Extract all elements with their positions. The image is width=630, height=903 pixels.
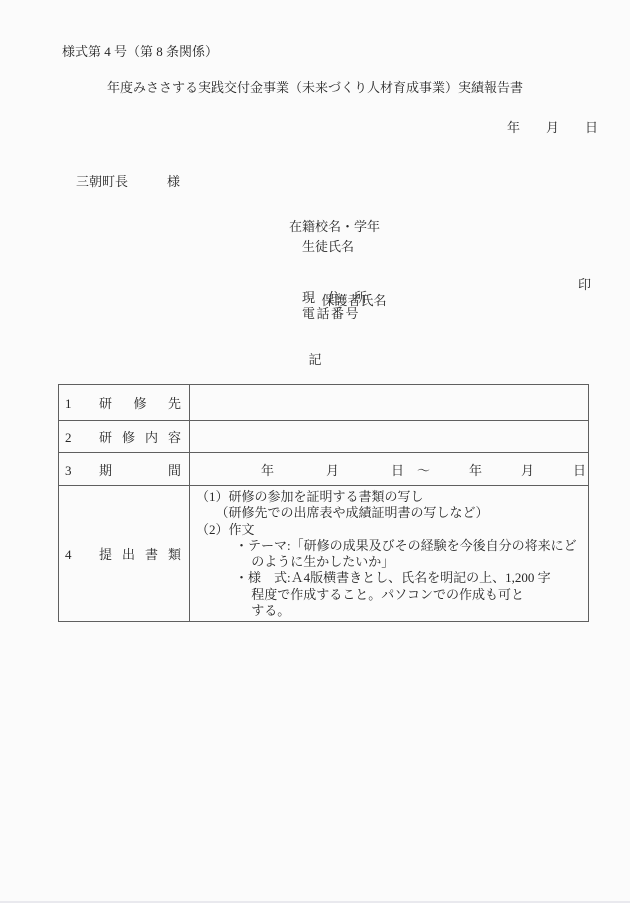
training-content-label-cell: 2研 修 内 容 bbox=[59, 421, 190, 453]
training-content-label: 研 修 内 容 bbox=[99, 427, 181, 446]
period-label-cell: 3期 間 bbox=[59, 453, 190, 486]
report-form-page: 様式第 4 号（第 8 条関係） 年度みささする実践交付金事業（未来づくり人材育… bbox=[0, 0, 630, 903]
training-content-value-cell bbox=[190, 421, 589, 453]
row-period: 3期 間 年 月 日 ～ 年 月 日 bbox=[59, 453, 589, 486]
documents-value-cell: （1）研修の参加を証明する書類の写し （研修先での出席表や成績証明書の写しなど）… bbox=[190, 486, 589, 622]
form-number: 様式第 4 号（第 8 条関係） bbox=[62, 44, 218, 60]
address-label: 現 住 所 bbox=[302, 290, 367, 306]
period-label: 期 間 bbox=[99, 460, 181, 479]
student-name-label: 生徒氏名 bbox=[302, 239, 354, 255]
document-title: 年度みささする実践交付金事業（未来づくり人材育成事業）実績報告書 bbox=[0, 80, 630, 96]
seal-mark: 印 bbox=[578, 274, 591, 293]
date-line: 年 月 日 bbox=[507, 120, 598, 136]
row-number: 2 bbox=[65, 430, 99, 446]
training-destination-label-cell: 1研 修 先 bbox=[59, 385, 190, 421]
ki-marker: 記 bbox=[0, 352, 630, 368]
row-number: 1 bbox=[65, 396, 99, 412]
school-grade-label: 在籍校名・学年 bbox=[289, 219, 380, 235]
training-destination-label: 研 修 先 bbox=[99, 393, 181, 412]
row-number: 3 bbox=[65, 463, 99, 479]
row-training-destination: 1研 修 先 bbox=[59, 385, 589, 421]
training-destination-value-cell bbox=[190, 385, 589, 421]
addressee: 三朝町長 様 bbox=[76, 174, 180, 190]
period-value-cell: 年 月 日 ～ 年 月 日 bbox=[190, 453, 589, 486]
documents-label: 提 出 書 類 bbox=[99, 544, 181, 563]
details-table: 1研 修 先 2研 修 内 容 3期 間 年 月 日 ～ 年 月 日 bbox=[58, 384, 589, 622]
row-documents: 4提 出 書 類 （1）研修の参加を証明する書類の写し （研修先での出席表や成績… bbox=[59, 486, 589, 622]
phone-label: 電話番号 bbox=[302, 306, 360, 322]
row-training-content: 2研 修 内 容 bbox=[59, 421, 589, 453]
row-number: 4 bbox=[65, 547, 99, 563]
documents-label-cell: 4提 出 書 類 bbox=[59, 486, 190, 622]
